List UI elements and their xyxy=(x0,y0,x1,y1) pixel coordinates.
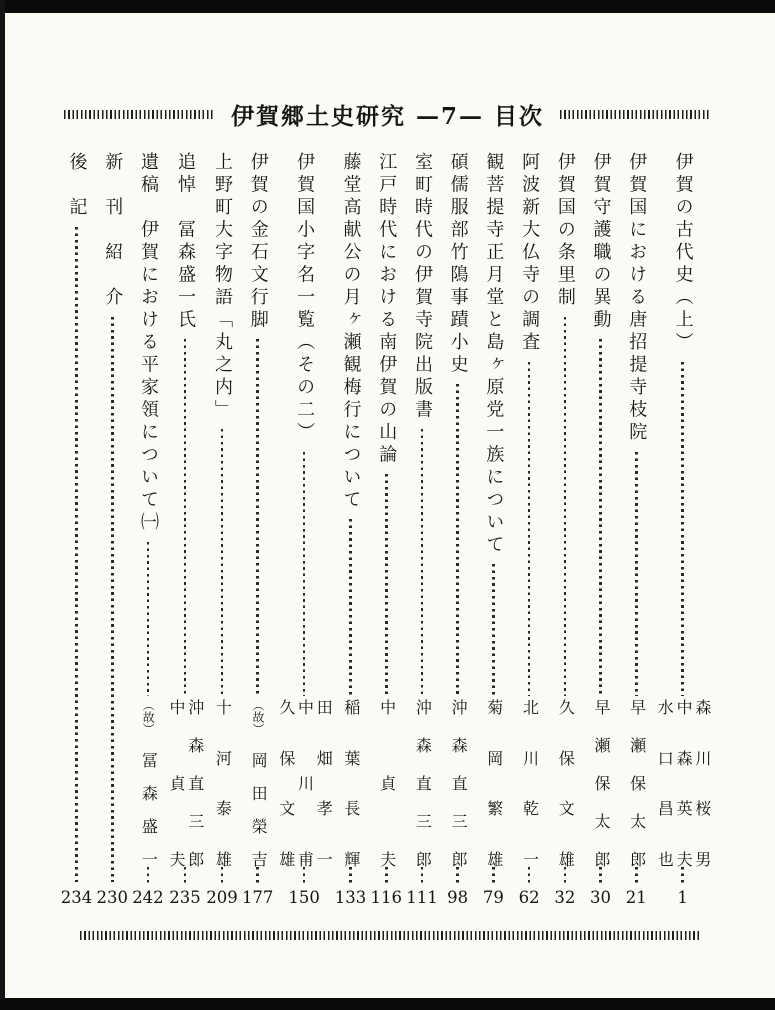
toc-entry: 江戸時代における南伊賀の山論 中貞夫 116 xyxy=(370,152,403,908)
toc-entry-authors: 菊岡繁雄 xyxy=(485,699,502,867)
toc-entry-page-number: 30 xyxy=(590,888,611,908)
dotted-leader xyxy=(147,542,150,697)
toc-entry-title: 上野町大字物語「丸之内」 xyxy=(213,152,231,422)
toc-entry-page-number: 116 xyxy=(370,888,402,908)
toc-entry: 碩儒服部竹隝事蹟小史 沖森直三郎 98 xyxy=(441,152,474,908)
toc-entry-authors: 十河泰雄 xyxy=(214,699,231,867)
author-name: （故）冨森盛一 xyxy=(140,699,157,867)
toc-entry: 伊賀国における唐招提寺枝院 早瀬保太郎 21 xyxy=(620,152,653,908)
scan-edge-left xyxy=(0,0,5,1010)
toc-entry-authors: 稲葉長輝 xyxy=(342,699,359,867)
scanned-toc-page: 伊賀郷土史研究 —7— 目次 伊賀の古代史（上） 森川桜男中森英夫水口昌也 1 … xyxy=(0,0,775,1010)
dotted-leader xyxy=(221,429,224,696)
toc-entry-title: 藤堂高献公の月ヶ瀬観梅行について xyxy=(342,152,360,512)
dotted-leader xyxy=(349,519,352,696)
page-title: 伊賀郷土史研究 —7— 目次 xyxy=(231,98,544,131)
toc-entry-title: 伊賀の古代史（上） xyxy=(674,152,692,355)
dotted-leader-short xyxy=(256,867,259,883)
dotted-leader-short xyxy=(421,867,424,883)
dotted-leader-short xyxy=(681,867,684,883)
author-name: 稲葉長輝 xyxy=(342,699,359,867)
toc-entry-authors: 沖森直三郎 xyxy=(414,699,431,867)
toc-entry-authors: 早瀬保太郎 xyxy=(628,699,645,867)
toc-entry: 室町時代の伊賀寺院出版書 沖森直三郎 111 xyxy=(405,152,438,908)
author-name: 菊岡繁雄 xyxy=(485,699,502,867)
author-name: 早瀬保太郎 xyxy=(628,699,645,867)
author-name: 沖森直三郎 xyxy=(186,699,203,867)
dotted-leader xyxy=(599,339,602,696)
author-name: 沖森直三郎 xyxy=(449,699,466,867)
dotted-leader-short xyxy=(456,867,459,883)
toc-entry: 藤堂高献公の月ヶ瀬観梅行について 稲葉長輝 133 xyxy=(334,152,367,908)
dotted-leader xyxy=(421,429,424,696)
author-name: 中貞夫 xyxy=(378,699,395,867)
header-rule-right xyxy=(560,110,711,119)
dotted-leader xyxy=(111,317,114,883)
dotted-leader xyxy=(635,452,638,697)
dotted-leader-short xyxy=(564,867,567,883)
author-name: 水口昌也 xyxy=(655,699,672,867)
dotted-leader-short xyxy=(221,867,224,883)
toc-entry-page-number: 235 xyxy=(169,888,201,908)
toc-entry-authors: 田畑孝一中川甫久保文雄 xyxy=(277,699,331,867)
scan-edge-top xyxy=(0,0,775,13)
toc-entry-page-number: 21 xyxy=(626,888,647,908)
page-header: 伊賀郷土史研究 —7— 目次 xyxy=(0,98,775,131)
dotted-leader xyxy=(528,362,531,697)
dotted-leader-short xyxy=(635,867,638,883)
dotted-leader-short xyxy=(385,867,388,883)
toc-entry-title: 碩儒服部竹隝事蹟小史 xyxy=(449,152,467,377)
toc-entry-authors: 森川桜男中森英夫水口昌也 xyxy=(655,699,709,867)
toc-entry: 観菩提寺正月堂と島ヶ原党一族について 菊岡繁雄 79 xyxy=(477,152,510,908)
author-name: 中貞夫 xyxy=(167,699,184,867)
dotted-leader-short xyxy=(147,867,150,883)
toc-entry: 上野町大字物語「丸之内」 十河泰雄 209 xyxy=(205,152,238,908)
issue-number: —7— xyxy=(416,103,484,130)
toc-entry-title: 新 刊 紹 介 xyxy=(103,152,121,310)
author-name: 中川甫 xyxy=(296,699,313,867)
toc-entry: 後 記 234 xyxy=(60,152,93,908)
dotted-leader xyxy=(303,452,306,697)
toc-entry-authors: 久保文雄 xyxy=(556,699,573,867)
author-name: 久保文雄 xyxy=(556,699,573,867)
toc-entry-page-number: 209 xyxy=(206,888,238,908)
toc-entry-page-number: 111 xyxy=(406,888,438,908)
toc-entry-authors: 沖森直三郎 xyxy=(449,699,466,867)
toc-entry-page-number: 234 xyxy=(61,888,93,908)
dotted-leader xyxy=(456,384,459,696)
toc-entry-page-number: 1 xyxy=(677,888,688,908)
toc-entry-authors: 沖森直三郎中貞夫 xyxy=(167,699,203,867)
dotted-leader xyxy=(385,474,388,696)
dotted-leader xyxy=(75,227,78,883)
journal-title: 伊賀郷土史研究 xyxy=(231,98,406,131)
toc-entry-page-number: 133 xyxy=(335,888,367,908)
author-name: （故）岡田榮吉 xyxy=(249,699,266,867)
toc-entry-title: 伊賀国小字名一覧（その二） xyxy=(295,152,313,445)
toc-entry-title: 後 記 xyxy=(68,152,86,220)
toc-entry: 新 刊 紹 介 230 xyxy=(96,152,129,908)
toc-entry-title: 伊賀国の条里制 xyxy=(556,152,574,310)
toc-entry: 伊賀国の条里制 久保文雄 32 xyxy=(548,152,581,908)
toc-entry-title: 伊賀の金石文行脚 xyxy=(249,152,267,332)
toc-entry-page-number: 230 xyxy=(96,888,128,908)
dotted-leader-short xyxy=(528,867,531,883)
toc-entry-title: 伊賀守護職の異動 xyxy=(592,152,610,332)
toc-entry: 伊賀守護職の異動 早瀬保太郎 30 xyxy=(584,152,617,908)
toc-entry-page-number: 177 xyxy=(242,888,274,908)
header-rule-left xyxy=(64,110,215,119)
author-name: 森川桜男 xyxy=(693,699,710,867)
dotted-leader xyxy=(184,339,187,696)
toc-entry: 伊賀の古代史（上） 森川桜男中森英夫水口昌也 1 xyxy=(655,152,709,908)
toc-entry: 遺稿 伊賀における平家領について㈠ （故）冨森盛一 242 xyxy=(131,152,164,908)
author-name: 北川乾一 xyxy=(521,699,538,867)
dotted-leader xyxy=(256,339,259,696)
author-name: 中森英夫 xyxy=(674,699,691,867)
dotted-leader xyxy=(681,362,684,697)
toc-entry-authors: 北川乾一 xyxy=(521,699,538,867)
toc-entry: 阿波新大仏寺の調査 北川乾一 62 xyxy=(513,152,546,908)
toc-entry-title: 阿波新大仏寺の調査 xyxy=(520,152,538,355)
author-name: 久保文雄 xyxy=(277,699,294,867)
toc-entry-page-number: 62 xyxy=(519,888,540,908)
toc-entry: 伊賀の金石文行脚 （故）岡田榮吉 177 xyxy=(241,152,274,908)
toc-label: 目次 xyxy=(494,98,544,131)
author-name: 早瀬保太郎 xyxy=(592,699,609,867)
toc-entry: 追悼 冨森盛一氏 沖森直三郎中貞夫 235 xyxy=(167,152,203,908)
toc-entry-page-number: 150 xyxy=(288,888,320,908)
author-name: 沖森直三郎 xyxy=(414,699,431,867)
toc-entry-page-number: 32 xyxy=(554,888,575,908)
author-name: 田畑孝一 xyxy=(315,699,332,867)
toc-entry-title: 遺稿 伊賀における平家領について㈠ xyxy=(139,152,157,535)
toc-entry-page-number: 79 xyxy=(483,888,504,908)
toc-entry-title: 伊賀国における唐招提寺枝院 xyxy=(627,152,645,445)
dotted-leader-short xyxy=(349,867,352,883)
dotted-leader-short xyxy=(492,867,495,883)
toc-entry-authors: 中貞夫 xyxy=(378,699,395,867)
dotted-leader xyxy=(492,564,495,696)
dotted-leader-short xyxy=(184,867,187,883)
dotted-leader xyxy=(564,317,567,697)
toc-list: 伊賀の古代史（上） 森川桜男中森英夫水口昌也 1 伊賀国における唐招提寺枝院 早… xyxy=(60,152,710,908)
toc-entry: 伊賀国小字名一覧（その二） 田畑孝一中川甫久保文雄 150 xyxy=(277,152,331,908)
toc-entry-page-number: 98 xyxy=(447,888,468,908)
dotted-leader-short xyxy=(599,867,602,883)
toc-entry-title: 追悼 冨森盛一氏 xyxy=(176,152,194,332)
toc-entry-authors: 早瀬保太郎 xyxy=(592,699,609,867)
toc-entry-authors: （故）冨森盛一 xyxy=(140,699,157,867)
dotted-leader-short xyxy=(303,867,306,883)
footer-rule xyxy=(80,931,699,940)
toc-entry-title: 室町時代の伊賀寺院出版書 xyxy=(413,152,431,422)
toc-entry-title: 観菩提寺正月堂と島ヶ原党一族について xyxy=(484,152,502,557)
toc-entry-authors: （故）岡田榮吉 xyxy=(249,699,266,867)
toc-entry-page-number: 242 xyxy=(132,888,164,908)
scan-edge-bottom xyxy=(0,998,775,1010)
author-name: 十河泰雄 xyxy=(214,699,231,867)
toc-entry-title: 江戸時代における南伊賀の山論 xyxy=(377,152,395,467)
